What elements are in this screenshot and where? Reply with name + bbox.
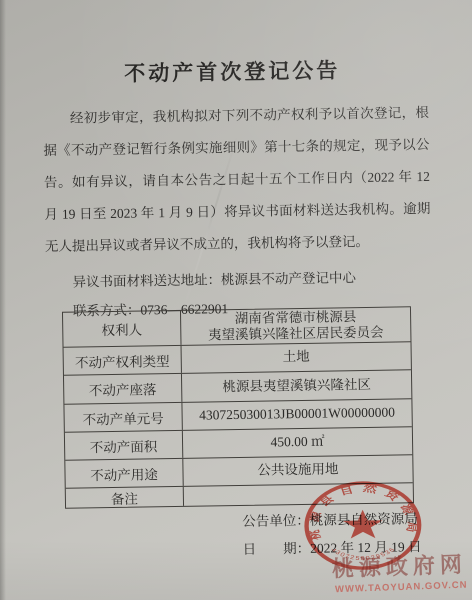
cell-label: 备注	[66, 487, 184, 508]
table-row: 权利人 湖南省常德市桃源县 夷望溪镇兴隆社区居民委员会	[63, 307, 410, 346]
cell-value: 430725030013JB00001W00000000	[182, 399, 411, 430]
seal-code: 4307250029536	[329, 546, 397, 562]
cell-value: 湖南省常德市桃源县 夷望溪镇兴隆社区居民委员会	[181, 307, 411, 345]
table-row: 不动产单元号 430725030013JB00001W00000000	[64, 398, 411, 431]
table-row: 不动产面积 450.00 ㎡	[65, 426, 412, 459]
cell-label: 不动产用途	[65, 459, 183, 488]
cell-value: 桃源县夷望溪镇兴隆社区	[182, 370, 411, 402]
page-title: 不动产首次登记公告	[0, 52, 468, 89]
document-page: 不动产首次登记公告 经初步审定，我机构拟对下列不动产权利予以首次登记，根据《不动…	[0, 0, 472, 600]
cell-value: 土地	[182, 342, 411, 373]
cell-value: 450.00 ㎡	[183, 427, 412, 458]
cell-label: 不动产座落	[64, 374, 182, 404]
cell-label: 权利人	[63, 311, 182, 347]
announcement-body: 经初步审定，我机构拟对下列不动产权利予以首次登记，根据《不动产登记暂行条例实施细…	[43, 97, 431, 263]
seal-graphic: 桃源县自然资源局 4307250029536	[301, 478, 425, 573]
official-seal: 桃源县自然资源局 4307250029536	[301, 478, 425, 573]
svg-text:4307250029536: 4307250029536	[329, 546, 397, 562]
cell-label: 不动产单元号	[64, 403, 182, 432]
cell-label: 不动产权利类型	[64, 346, 182, 375]
table-row: 不动产权利类型 土地	[64, 341, 411, 374]
seal-star-icon	[343, 509, 383, 538]
photographed-document: { "page": { "title": "不动产首次登记公告", "parag…	[0, 0, 472, 600]
table-row: 不动产座落 桃源县夷望溪镇兴隆社区	[64, 369, 411, 403]
cell-label: 不动产面积	[65, 431, 183, 460]
